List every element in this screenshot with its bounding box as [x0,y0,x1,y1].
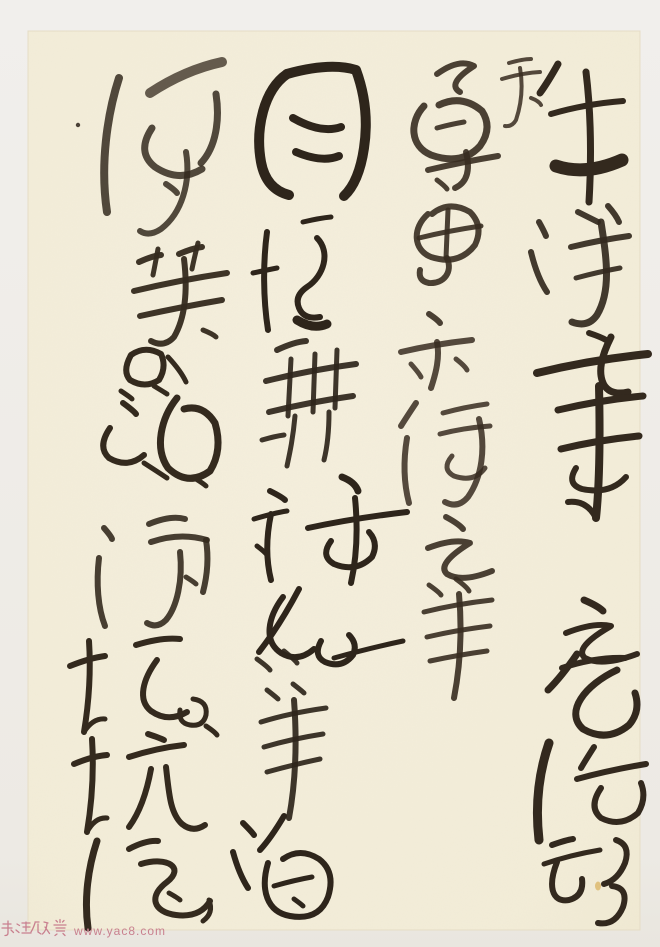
artwork-svg: www.yac8.com [0,0,660,947]
paper-texture [28,31,640,930]
ink-speck [76,123,80,127]
watermark-url: www.yac8.com [73,924,166,938]
calligraphy-scan: 年澤兵革之色伯郎 章 爵罍不得之筆 回臨無、神如筆海 滿華兔鳴湯振抗偽 书法欣赏 [0,0,660,947]
foxing-spot [595,882,601,891]
